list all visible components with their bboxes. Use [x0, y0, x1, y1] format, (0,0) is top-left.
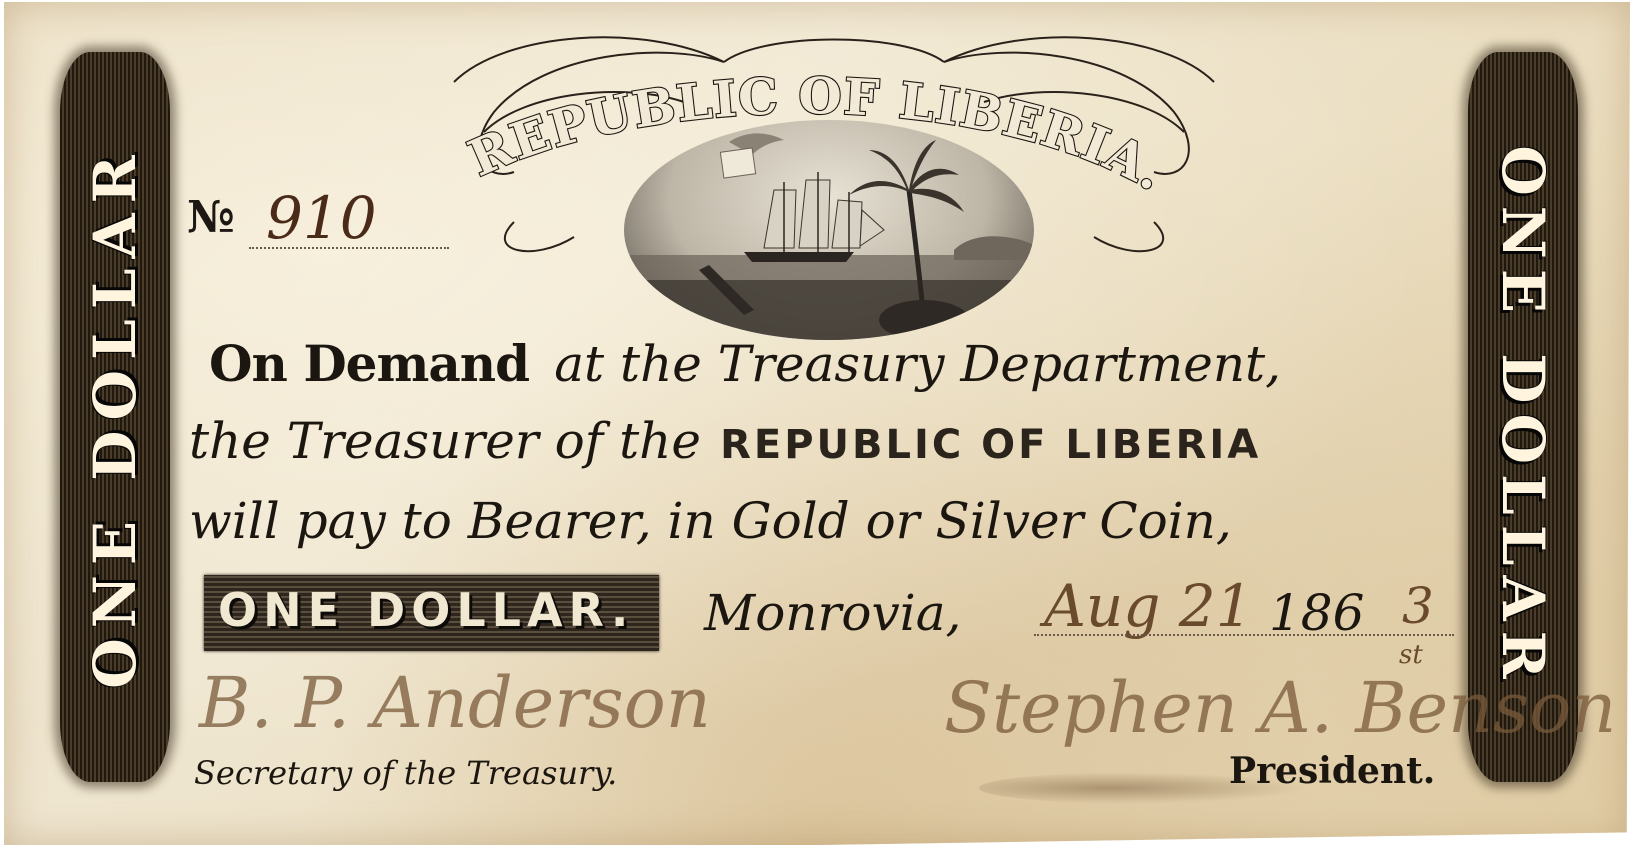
- on-demand-text: On Demand: [209, 334, 529, 393]
- denomination-text: ONE DOLLAR.: [218, 583, 634, 637]
- issuer-title: REPUBLIC OF LIBERIA.: [404, 42, 1244, 242]
- president-caption: President.: [1229, 750, 1435, 792]
- side-band-left: ONE DOLLAR: [60, 52, 170, 782]
- text-line-3: will pay to Bearer, in Gold or Silver Co…: [189, 492, 1232, 550]
- text-line-1: On Demand at the Treasury Department,: [209, 334, 1281, 393]
- signature-secretary: B. P. Anderson: [199, 662, 711, 744]
- place-text: Monrovia,: [704, 584, 961, 642]
- side-denomination-right: ONE DOLLAR: [1489, 145, 1557, 689]
- year-handwritten: 3: [1402, 577, 1434, 635]
- secretary-caption: Secretary of the Treasury.: [194, 754, 617, 792]
- serial-label: №: [187, 192, 235, 243]
- banknote: ONE DOLLAR ONE DOLLAR: [4, 2, 1630, 845]
- text-line-2: the Treasurer of the REPUBLIC OF LIBERIA: [189, 412, 1261, 470]
- denomination-box: ONE DOLLAR.: [204, 575, 659, 651]
- date-handwritten: Aug 21: [1044, 572, 1253, 640]
- serial-dotted-line: [249, 247, 449, 249]
- date-suffix: st: [1399, 640, 1423, 670]
- issuer-title-text: REPUBLIC OF LIBERIA.: [460, 66, 1176, 202]
- serial-number: 910: [266, 184, 377, 252]
- republic-of-liberia-text: REPUBLIC OF LIBERIA: [720, 422, 1261, 468]
- treasurer-text: the Treasurer of the: [189, 412, 701, 470]
- bearer-text: will pay to Bearer, in Gold or Silver Co…: [189, 492, 1232, 550]
- side-denomination-left: ONE DOLLAR: [81, 145, 149, 689]
- svg-text:REPUBLIC OF LIBERIA.: REPUBLIC OF LIBERIA.: [460, 66, 1176, 202]
- signature-president: Stephen A. Benson: [944, 667, 1616, 749]
- date-dotted-line: [1034, 634, 1454, 636]
- treasury-department-text: at the Treasury Department,: [554, 335, 1281, 393]
